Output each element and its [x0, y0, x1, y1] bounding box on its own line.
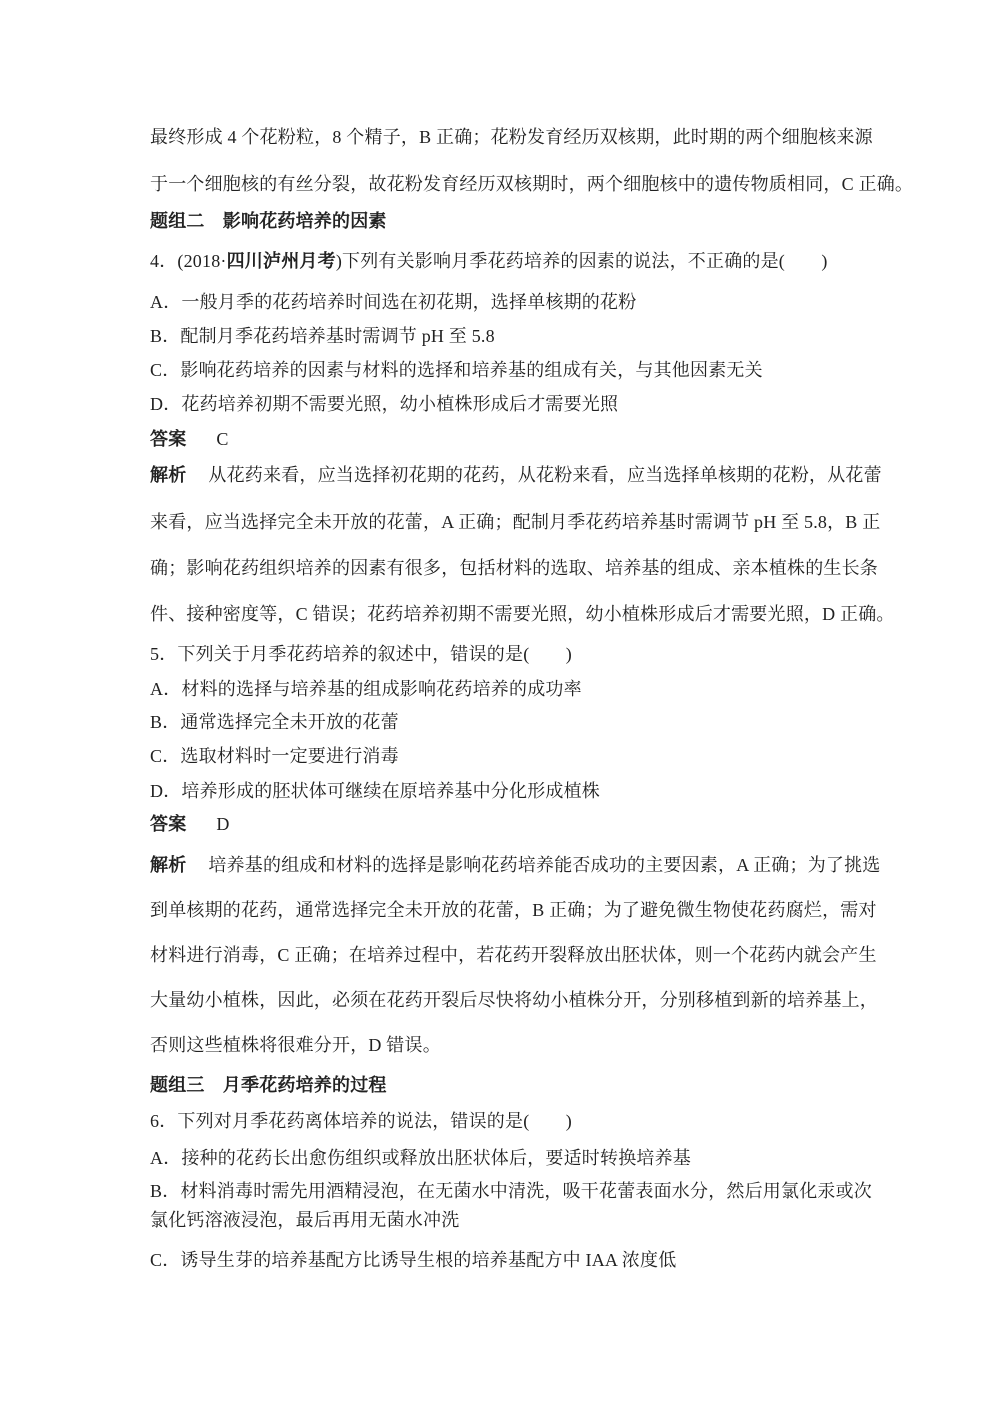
question-4-answer: 答案C: [150, 427, 860, 451]
question-5-option-c: C．选取材料时一定要进行消毒: [150, 744, 860, 768]
question-4-option-c: C．影响花药培养的因素与材料的选择和培养基的组成有关，与其他因素无关: [150, 358, 860, 382]
question-4-stem: 4．(2018·四川泸州月考)下列有关影响月季花药培养的因素的说法，不正确的是(…: [150, 249, 860, 273]
question-5-option-a: A．材料的选择与培养基的组成影响花药培养的成功率: [150, 677, 860, 701]
carryover-line-2: 于一个细胞核的有丝分裂，故花粉发育经历双核期时，两个细胞核中的遗传物质相同，C …: [150, 172, 860, 196]
question-5-option-d: D．培养形成的胚状体可继续在原培养基中分化形成植株: [150, 779, 860, 803]
analysis-text: 从花药来看，应当选择初花期的花药，从花粉来看，应当选择单核期的花粉，从花蕾: [208, 465, 881, 485]
document-page: 最终形成 4 个花粉粒，8 个精子，B 正确；花粉发育经历双核期，此时期的两个细…: [0, 0, 1000, 1414]
question-4-option-a: A．一般月季的花药培养时间选在初花期，选择单核期的花粉: [150, 290, 860, 314]
question-4-stem-text: )下列有关影响月季花药培养的因素的说法，不正确的是( ): [336, 251, 828, 271]
group2-heading: 题组二 影响花药培养的因素: [150, 209, 860, 233]
question-6-option-a: A．接种的花药长出愈伤组织或释放出胚状体后，要适时转换培养基: [150, 1146, 860, 1170]
question-6-option-b-line-1: B．材料消毒时需先用酒精浸泡，在无菌水中清洗，吸干花蕾表面水分，然后用氯化汞或次: [150, 1179, 860, 1203]
question-5-analysis-line-5: 否则这些植株将很难分开，D 错误。: [150, 1033, 860, 1057]
carryover-line-1: 最终形成 4 个花粉粒，8 个精子，B 正确；花粉发育经历双核期，此时期的两个细…: [150, 125, 860, 149]
answer-label: 答案: [150, 429, 186, 449]
question-4-option-d: D．花药培养初期不需要光照，幼小植株形成后才需要光照: [150, 392, 860, 416]
group3-heading: 题组三 月季花药培养的过程: [150, 1073, 860, 1097]
question-6-option-c: C．诱导生芽的培养基配方比诱导生根的培养基配方中 IAA 浓度低: [150, 1248, 860, 1272]
question-4-number: 4．: [150, 251, 177, 271]
analysis-label: 解析: [150, 855, 186, 875]
question-4-analysis-line-1: 解析从花药来看，应当选择初花期的花药，从花粉来看，应当选择单核期的花粉，从花蕾: [150, 463, 860, 487]
question-5-analysis-line-2: 到单核期的花药，通常选择完全未开放的花蕾，B 正确；为了避免微生物使花药腐烂，需…: [150, 898, 860, 922]
question-5-analysis-line-3: 材料进行消毒，C 正确；在培养过程中，若花药开裂释放出胚状体，则一个花药内就会产…: [150, 943, 860, 967]
question-5-analysis-line-1: 解析培养基的组成和材料的选择是影响花药培养能否成功的主要因素，A 正确；为了挑选: [150, 853, 860, 877]
question-4-option-b: B．配制月季花药培养基时需调节 pH 至 5.8: [150, 324, 860, 348]
question-4-analysis-line-3: 确；影响花药组织培养的因素有很多，包括材料的选取、培养基的组成、亲本植株的生长条: [150, 556, 860, 580]
answer-label: 答案: [150, 814, 186, 834]
question-5-stem: 5．下列关于月季花药培养的叙述中，错误的是( ): [150, 642, 860, 666]
question-4-source-open: (2018·: [177, 251, 226, 271]
question-5-analysis-line-4: 大量幼小植株，因此，必须在花药开裂后尽快将幼小植株分开，分别移植到新的培养基上，: [150, 988, 860, 1012]
question-4-analysis-line-2: 来看，应当选择完全未开放的花蕾，A 正确；配制月季花药培养基时需调节 pH 至 …: [150, 510, 860, 534]
question-4-source: 四川泸州月考: [227, 251, 336, 271]
question-5-answer: 答案D: [150, 812, 860, 836]
question-6-stem: 6．下列对月季花药离体培养的说法，错误的是( ): [150, 1109, 860, 1133]
answer-value: C: [216, 429, 228, 449]
question-6-option-b-line-2: 氯化钙溶液浸泡，最后再用无菌水冲洗: [150, 1208, 860, 1232]
question-4-analysis-line-4: 件、接种密度等，C 错误；花药培养初期不需要光照，幼小植株形成后才需要光照，D …: [150, 602, 860, 626]
question-5-option-b: B．通常选择完全未开放的花蕾: [150, 710, 860, 734]
answer-value: D: [216, 814, 229, 834]
analysis-label: 解析: [150, 465, 186, 485]
analysis-text: 培养基的组成和材料的选择是影响花药培养能否成功的主要因素，A 正确；为了挑选: [208, 855, 880, 875]
